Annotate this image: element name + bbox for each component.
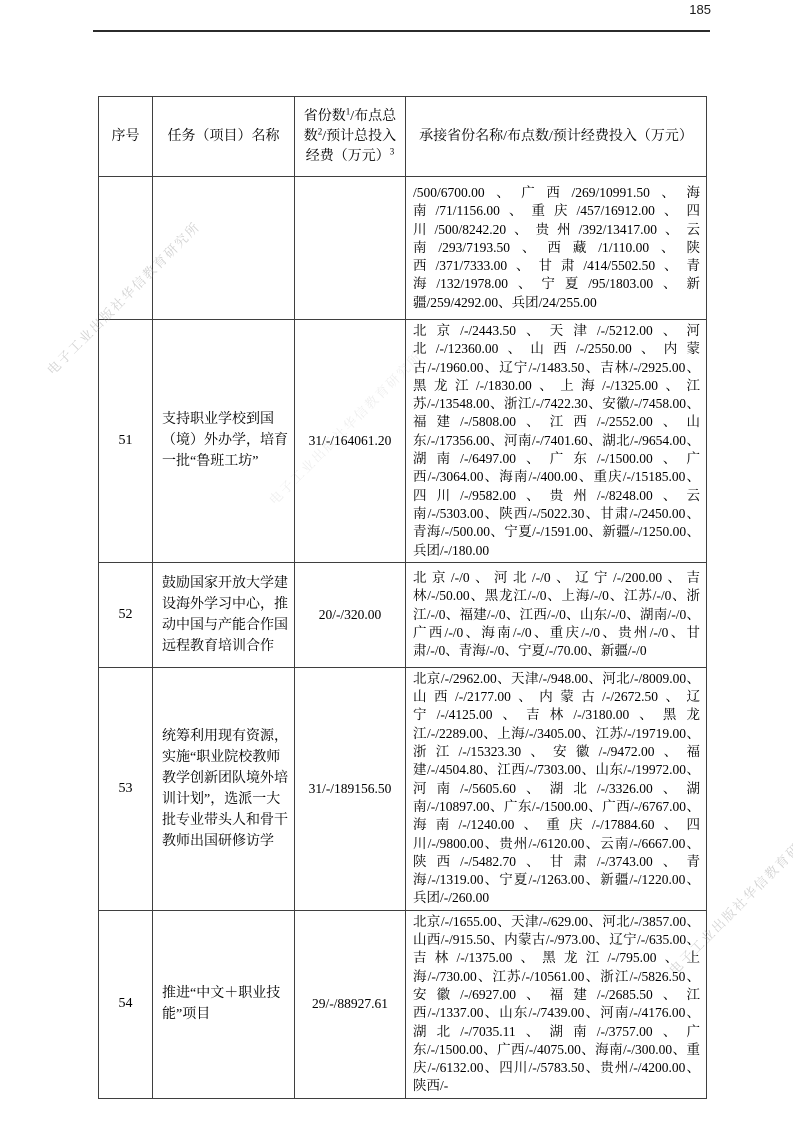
detail-cell: 北京/-/0、河北/-/0、辽宁/-/200.00、吉林/-/50.00、黑龙江… [406,562,707,667]
table-row-52: 52 鼓励国家开放大学建设海外学习中心，推动中国与产能合作国远程教育培训合作 2… [99,562,707,667]
totals-cell: 20/-/320.00 [295,562,406,667]
table-row-continuation: /500/6700.00、广西/269/10991.50、海南/71/1156.… [99,177,707,320]
assignments-table: 序号 任务（项目）名称 省份数1/布点总数2/预计总投入经费（万元）3 承接省份… [98,96,707,1099]
header-divider [93,30,710,32]
task-name-cell: 统筹利用现有资源，实施“职业院校教师教学创新团队境外培训计划”，选派一大批专业带… [153,667,295,910]
table-row-53: 53 统筹利用现有资源，实施“职业院校教师教学创新团队境外培训计划”，选派一大批… [99,667,707,910]
table-header-row: 序号 任务（项目）名称 省份数1/布点总数2/预计总投入经费（万元）3 承接省份… [99,97,707,177]
task-name-cell: 推进“中文＋职业技能”项目 [153,910,295,1098]
totals-cell [295,177,406,320]
header-detail-cell: 承接省份名称/布点数/预计经费投入（万元） [406,97,707,177]
footnote-marker-3: 3 [390,146,395,156]
header-totals-text: 省份数 [304,109,346,124]
totals-cell: 31/-/189156.50 [295,667,406,910]
task-name-cell [153,177,295,320]
detail-cell: 北京/-/2443.50、天津/-/5212.00、河北/-/12360.00、… [406,320,707,563]
serial-cell: 54 [99,910,153,1098]
header-totals-cell: 省份数1/布点总数2/预计总投入经费（万元）3 [295,97,406,177]
table-row-51: 51 支持职业学校到国（境）外办学，培育一批“鲁班工坊” 31/-/164061… [99,320,707,563]
task-name-cell: 支持职业学校到国（境）外办学，培育一批“鲁班工坊” [153,320,295,563]
detail-cell: 北京/-/2962.00、天津/-/948.00、河北/-/8009.00、山西… [406,667,707,910]
task-name-cell: 鼓励国家开放大学建设海外学习中心，推动中国与产能合作国远程教育培训合作 [153,562,295,667]
totals-cell: 29/-/88927.61 [295,910,406,1098]
header-task-name-cell: 任务（项目）名称 [153,97,295,177]
serial-cell: 51 [99,320,153,563]
detail-cell: 北京/-/1655.00、天津/-/629.00、河北/-/3857.00、山西… [406,910,707,1098]
serial-cell: 53 [99,667,153,910]
page-number: 185 [0,2,711,17]
document-page: 185 电子工业出版社华信教育研究所 电子工业出版社华信教育研究所 电子工业出版… [0,0,793,1122]
detail-cell: /500/6700.00、广西/269/10991.50、海南/71/1156.… [406,177,707,320]
totals-cell: 31/-/164061.20 [295,320,406,563]
table-row-54: 54 推进“中文＋职业技能”项目 29/-/88927.61 北京/-/1655… [99,910,707,1098]
header-serial-cell: 序号 [99,97,153,177]
serial-cell: 52 [99,562,153,667]
serial-cell [99,177,153,320]
